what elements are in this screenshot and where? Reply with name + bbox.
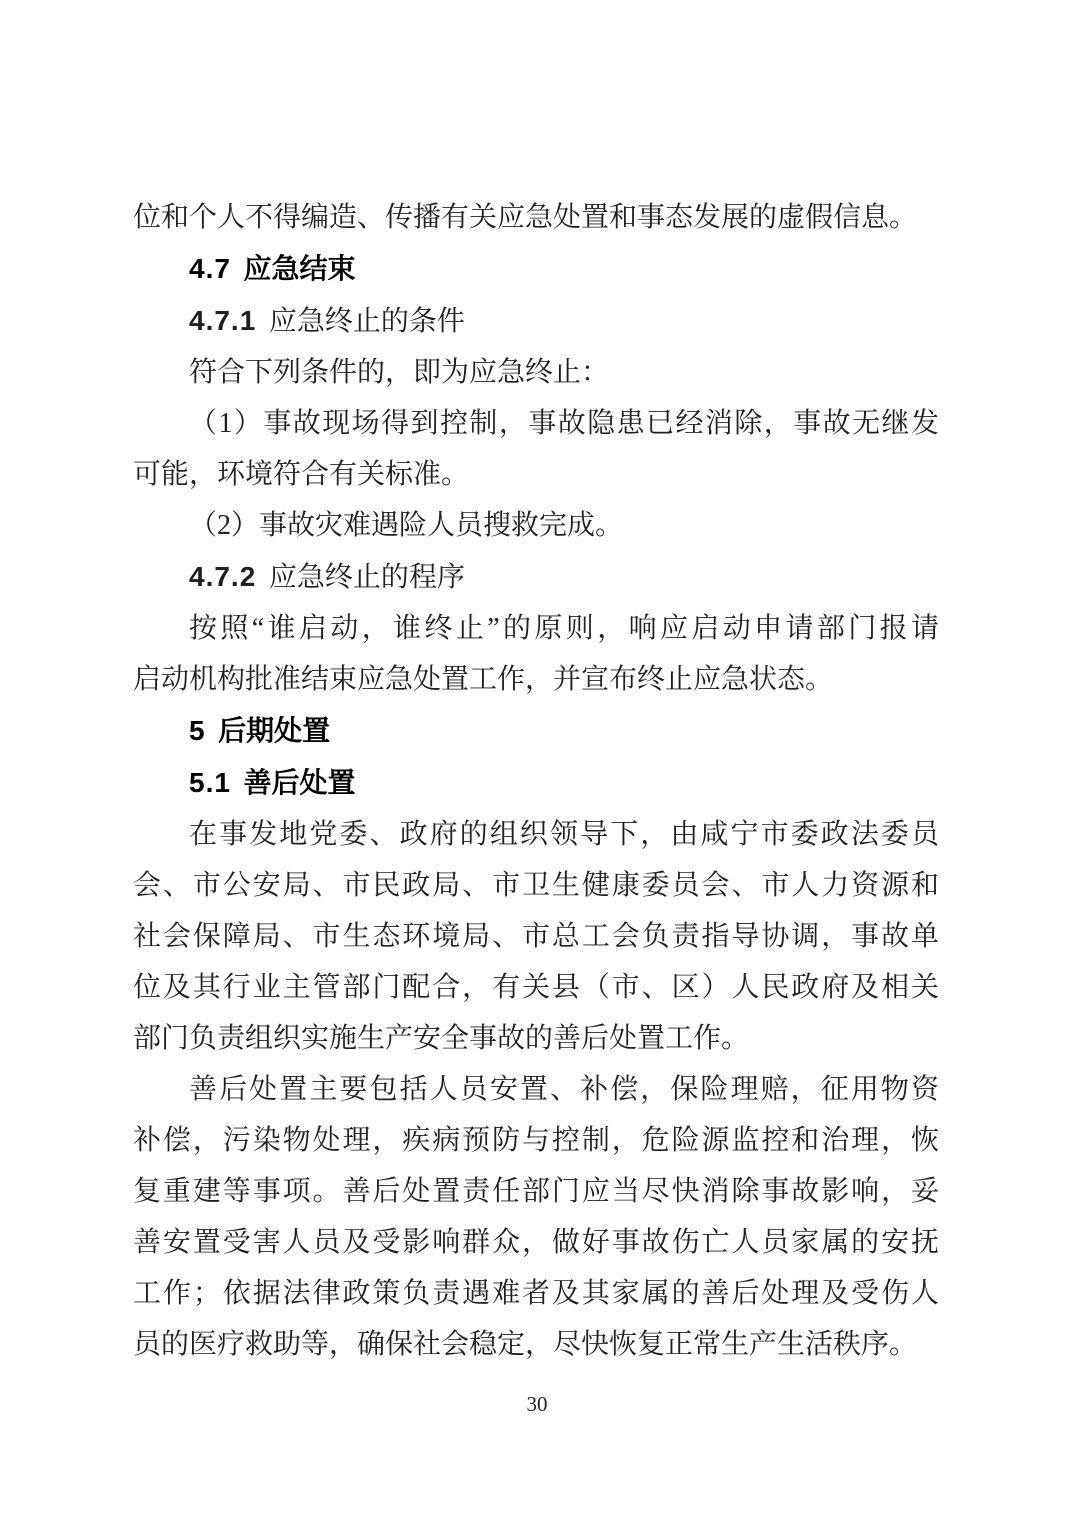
- paragraph-line: 复重建等事项。善后处置责任部门应当尽快消除事故影响，妥: [133, 1166, 939, 1217]
- heading-number: 4.7: [189, 253, 231, 284]
- paragraph-line: 社会保障局、市生态环境局、市总工会负责指导协调，事故单: [133, 911, 939, 962]
- paragraph-line: 善后处置主要包括人员安置、补偿，保险理赔，征用物资: [133, 1064, 939, 1115]
- text-block: 位和个人不得编造、传播有关应急处置和事态发展的虚假信息。 4.7应急结束 4.7…: [133, 192, 939, 1370]
- paragraph-line: 会、市公安局、市民政局、市卫生健康委员会、市人力资源和: [133, 860, 939, 911]
- paragraph-line: 可能，环境符合有关标准。: [133, 449, 939, 500]
- paragraph-line: 位及其行业主管部门配合，有关县（市、区）人民政府及相关: [133, 962, 939, 1013]
- paragraph-line: 善安置受害人员及受影响群众，做好事故伤亡人员家属的安抚: [133, 1217, 939, 1268]
- document-page: 位和个人不得编造、传播有关应急处置和事态发展的虚假信息。 4.7应急结束 4.7…: [0, 0, 1074, 1520]
- paragraph-line: 部门负责组织实施生产安全事故的善后处置工作。: [133, 1013, 939, 1064]
- paragraph-line: 按照“谁启动，谁终止”的原则，响应启动申请部门报请: [133, 603, 939, 654]
- paragraph-line: 启动机构批准结束应急处置工作，并宣布终止应急状态。: [133, 654, 939, 705]
- paragraph-line: 工作；依据法律政策负责遇难者及其家属的善后处理及受伤人: [133, 1268, 939, 1319]
- heading-4-7-2: 4.7.2应急终止的程序: [133, 551, 939, 603]
- heading-4-7-1: 4.7.1应急终止的条件: [133, 295, 939, 347]
- paragraph-line: 位和个人不得编造、传播有关应急处置和事态发展的虚假信息。: [133, 192, 939, 243]
- heading-number: 5: [189, 715, 206, 746]
- heading-title: 应急终止的程序: [269, 562, 465, 593]
- heading-title: 后期处置: [218, 716, 330, 747]
- heading-title: 应急结束: [244, 254, 356, 285]
- heading-title: 善后处置: [244, 768, 356, 799]
- heading-number: 4.7.1: [189, 305, 256, 336]
- paragraph-line: 符合下列条件的，即为应急终止：: [133, 347, 939, 398]
- paragraph-line: 在事发地党委、政府的组织领导下，由咸宁市委政法委员: [133, 809, 939, 860]
- heading-number: 4.7.2: [189, 561, 256, 592]
- paragraph-line: （2）事故灾难遇险人员搜救完成。: [133, 500, 939, 551]
- heading-number: 5.1: [189, 767, 231, 798]
- heading-5-1: 5.1善后处置: [133, 757, 939, 809]
- heading-4-7: 4.7应急结束: [133, 243, 939, 295]
- paragraph-line: 员的医疗救助等，确保社会稳定，尽快恢复正常生产生活秩序。: [133, 1319, 939, 1370]
- page-number: 30: [0, 1392, 1074, 1417]
- heading-5: 5后期处置: [133, 705, 939, 757]
- paragraph-line: （1）事故现场得到控制，事故隐患已经消除，事故无继发: [133, 398, 939, 449]
- paragraph-line: 补偿，污染物处理，疾病预防与控制，危险源监控和治理，恢: [133, 1115, 939, 1166]
- heading-title: 应急终止的条件: [269, 306, 465, 337]
